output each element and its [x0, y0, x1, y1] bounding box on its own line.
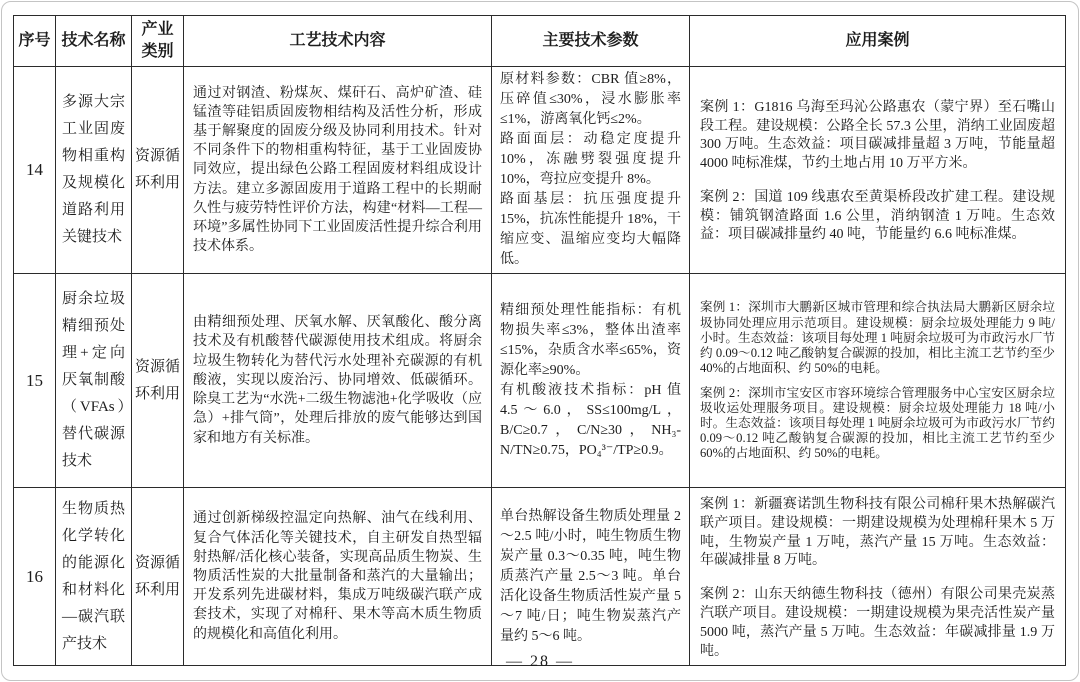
- row-14-cases: 案例 1：G1816 乌海至玛沁公路惠农（蒙宁界）至石嘴山段工程。建设规模：公路…: [690, 67, 1066, 274]
- table-header: 序号 技术名称 产业类别 工艺技术内容 主要技术参数 应用案例: [14, 16, 1066, 67]
- row-15-tech-name: 厨余垃圾精细预处理+定向厌氧制酸（VFAs）替代碳源技术: [56, 274, 132, 488]
- table-row-16: 16 生物质热化学转化的能源化和材料化—碳汽联产技术 资源循环利用 通过创新梯级…: [14, 488, 1066, 666]
- technology-table: 序号 技术名称 产业类别 工艺技术内容 主要技术参数 应用案例 14 多源大宗工…: [13, 15, 1066, 666]
- row-15-case-2: 案例 2：深圳市宝安区市容环境综合管理服务中心宝安区厨余垃圾收运处理服务项目。建…: [700, 386, 1055, 462]
- row-16-process-content: 通过创新梯级控温定向热解、油气在线利用、复合气体活化等关键技术，自主研发自热型辐…: [184, 488, 492, 666]
- row-15-parameters: 精细预处理性能指标：有机物损失率≤3%，整体出渣率≤15%，杂质含水率≤65%，…: [492, 274, 690, 488]
- row-16-index: 16: [14, 488, 56, 666]
- row-14-category: 资源循环利用: [132, 67, 184, 274]
- row-15-case-1: 案例 1：深圳市大鹏新区城市管理和综合执法局大鹏新区厨余垃圾协同处理应用示范项目…: [700, 300, 1055, 376]
- header-index: 序号: [14, 16, 56, 67]
- row-15-parameter-paragraph: 精细预处理性能指标：有机物损失率≤3%，整体出渣率≤15%，杂质含水率≤65%，…: [500, 301, 681, 381]
- row-16-case-2: 案例 2：山东天纳德生物科技（德州）有限公司果壳炭蒸汽联产项目。建设规模：一期建…: [700, 586, 1055, 661]
- table-row-15: 15 厨余垃圾精细预处理+定向厌氧制酸（VFAs）替代碳源技术 资源循环利用 由…: [14, 274, 1066, 488]
- header-main-parameters: 主要技术参数: [492, 16, 690, 67]
- page-number: — 28 —: [2, 653, 1078, 671]
- row-16-category: 资源循环利用: [132, 488, 184, 666]
- row-16-cases: 案例 1：新疆赛诺凯生物科技有限公司棉秆果木热解碳汽联产项目。建设规模：一期建设…: [690, 488, 1066, 666]
- row-14-index: 14: [14, 67, 56, 274]
- header-tech-name: 技术名称: [56, 16, 132, 67]
- row-15-parameter-paragraph: 有机酸液技术指标：pH 值 4.5～6.0，SS≤100mg/L，B/C≥0.7…: [500, 381, 681, 461]
- row-14-parameter-paragraph: 路面面层：动稳定度提升 10%，冻融劈裂强度提升 10%，弯拉应变提升 8%。: [500, 130, 681, 190]
- row-14-case-1: 案例 1：G1816 乌海至玛沁公路惠农（蒙宁界）至石嘴山段工程。建设规模：公路…: [700, 99, 1055, 174]
- page-frame: 序号 技术名称 产业类别 工艺技术内容 主要技术参数 应用案例 14 多源大宗工…: [1, 1, 1079, 681]
- row-14-parameters: 原材料参数：CBR 值≥8%，压碎值≤30%，浸水膨胀率≤1%，游离氧化钙≤2%…: [492, 67, 690, 274]
- row-14-tech-name: 多源大宗工业固废物相重构及规模化道路利用关键技术: [56, 67, 132, 274]
- row-16-case-1: 案例 1：新疆赛诺凯生物科技有限公司棉秆果木热解碳汽联产项目。建设规模：一期建设…: [700, 496, 1055, 571]
- row-15-index: 15: [14, 274, 56, 488]
- row-14-case-2: 案例 2：国道 109 线惠农至黄渠桥段改扩建工程。建设规模：铺筑钢渣路面 1.…: [700, 189, 1055, 245]
- row-14-parameter-paragraph: 路面基层：抗压强度提升 15%，抗冻性能提升 18%，干缩应变、温缩应变均大幅降…: [500, 190, 681, 270]
- header-process-content: 工艺技术内容: [184, 16, 492, 67]
- row-14-process-content: 通过对钢渣、粉煤灰、煤矸石、高炉矿渣、硅锰渣等硅铝质固废物相结构及活性分析，形成…: [184, 67, 492, 274]
- row-14-parameter-paragraph: 原材料参数：CBR 值≥8%，压碎值≤30%，浸水膨胀率≤1%，游离氧化钙≤2%…: [500, 70, 681, 130]
- row-16-tech-name: 生物质热化学转化的能源化和材料化—碳汽联产技术: [56, 488, 132, 666]
- row-15-category: 资源循环利用: [132, 274, 184, 488]
- row-15-process-content: 由精细预处理、厌氧水解、厌氧酸化、酸分离技术及有机酸替代碳源使用技术组成。将厨余…: [184, 274, 492, 488]
- row-16-parameters: 单台热解设备生物质处理量 2～2.5 吨/小时，吨生物质生物炭产量 0.3～0.…: [492, 488, 690, 666]
- row-15-cases: 案例 1：深圳市大鹏新区城市管理和综合执法局大鹏新区厨余垃圾协同处理应用示范项目…: [690, 274, 1066, 488]
- header-industry-category: 产业类别: [132, 16, 184, 67]
- row-16-parameter-paragraph: 单台热解设备生物质处理量 2～2.5 吨/小时，吨生物质生物炭产量 0.3～0.…: [500, 507, 681, 647]
- table-row-14: 14 多源大宗工业固废物相重构及规模化道路利用关键技术 资源循环利用 通过对钢渣…: [14, 67, 1066, 274]
- header-application-cases: 应用案例: [690, 16, 1066, 67]
